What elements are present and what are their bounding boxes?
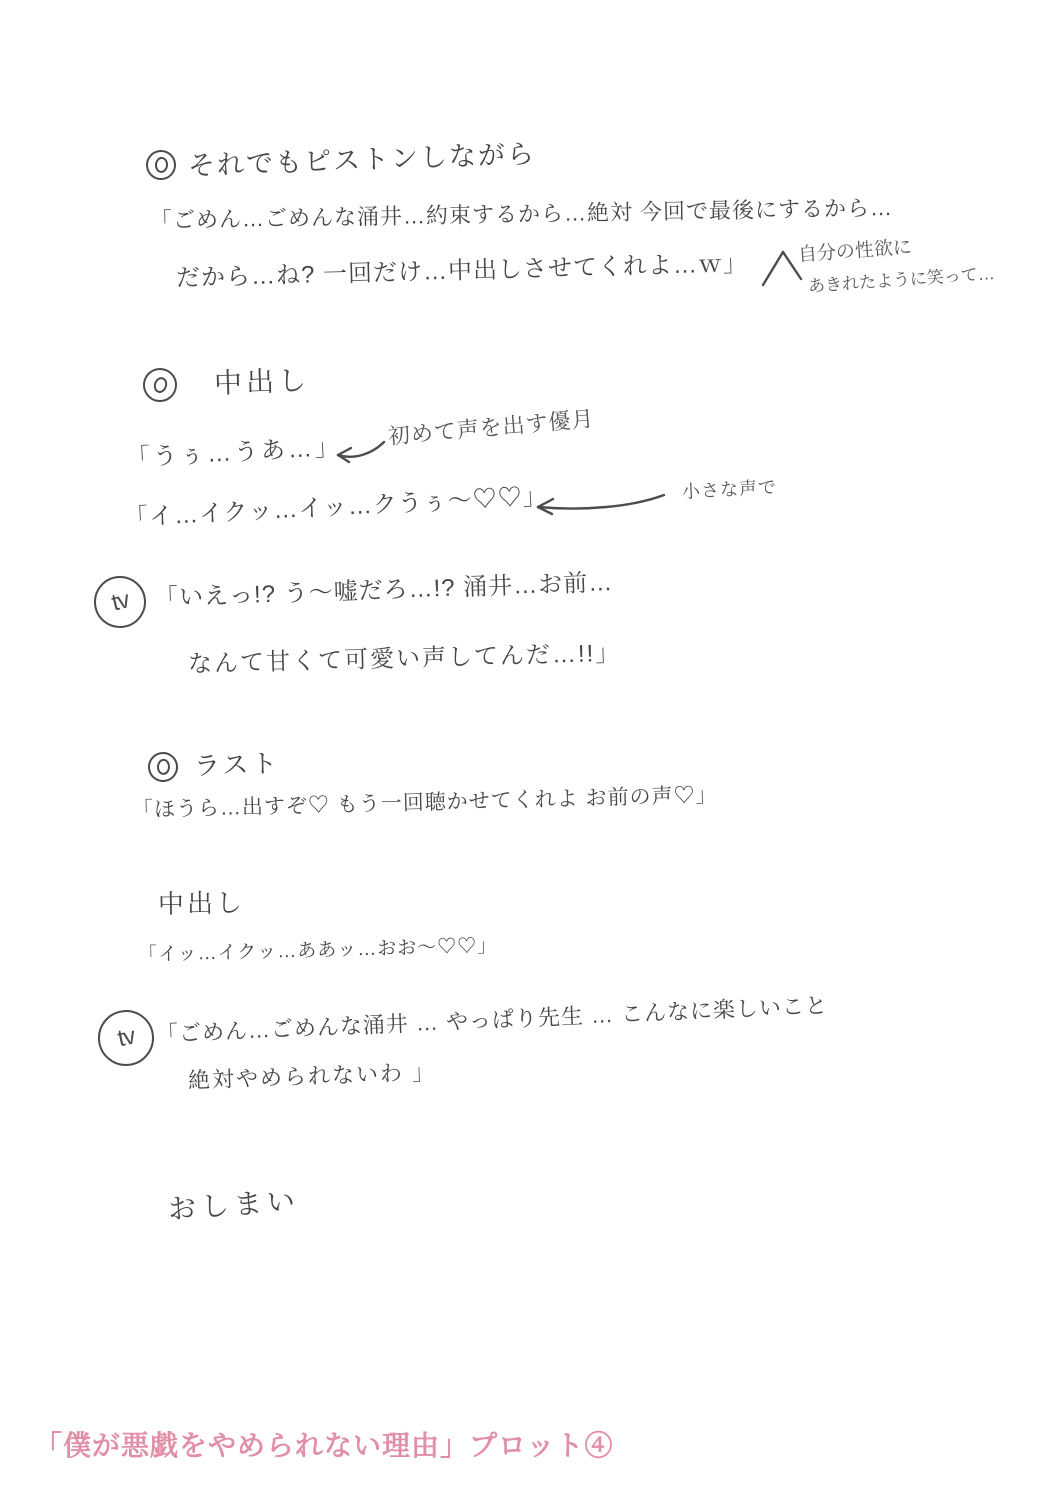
section-heading-last: ラスト [193,743,280,783]
margin-note: 初めて声を出す優月 [387,402,596,451]
section-bullet-icon [141,366,178,403]
moan-line: 「イッ…イクッ…ああッ…おお〜♡♡」 [138,931,498,967]
tv-mark-circle: tv [91,573,148,630]
dialogue-line: 「いえっ!? う〜嘘だろ…!? 涌井…お前… [153,562,613,613]
section-heading-piston: それでもピストンしながら [187,132,536,183]
dialogue-line: 絶対やめられないわ 」 [187,1055,436,1095]
sub-heading-nakadashi: 中出し [158,882,246,921]
tv-mark-label: tv [109,586,132,617]
section-bullet-icon [144,148,178,182]
tv-mark-circle: tv [96,1008,156,1068]
moan-line: 「うぅ…うあ…」 [125,427,343,473]
moan-line: 「イ…イクッ…イッ…クうぅ〜♡♡」 [123,476,548,533]
ending-text: おしまい [167,1179,301,1228]
plot-note-page: それでもピストンしながら 「ごめん…ごめんな涌井…約束するから…絶対 今回で最後… [0,0,1057,1500]
dialogue-line: 「ほうら…出すぞ♡ もう一回聴かせてくれよ お前の声♡」 [132,779,718,824]
dialogue-line: だから…ね? 一回だけ…中出しさせてくれよ…ｗ」 [176,243,749,293]
margin-note: 小さな声で [681,473,777,504]
long-left-arrow-icon [532,490,668,518]
margin-note: 自分の性欲に [797,232,913,267]
tv-mark-label: tv [115,1023,137,1054]
section-heading-nakadashi: 中出し [213,359,310,402]
margin-note: あきれたように笑って… [807,259,995,297]
left-arrow-icon [332,436,388,466]
dialogue-line: 「ごめん…ごめんな涌井…約束するから…絶対 今回で最後にするから… [150,191,894,235]
section-bullet-icon [146,750,181,785]
dialogue-line: なんて甘くて可愛い声してんだ…!!」 [188,633,622,679]
dialogue-line: 「ごめん…ごめんな涌井 … やっぱり先生 … こんなに楽しいこと [155,989,828,1049]
footer-plot-title: 「僕が悪戯をやめられない理由」プロット④ [34,1424,613,1464]
